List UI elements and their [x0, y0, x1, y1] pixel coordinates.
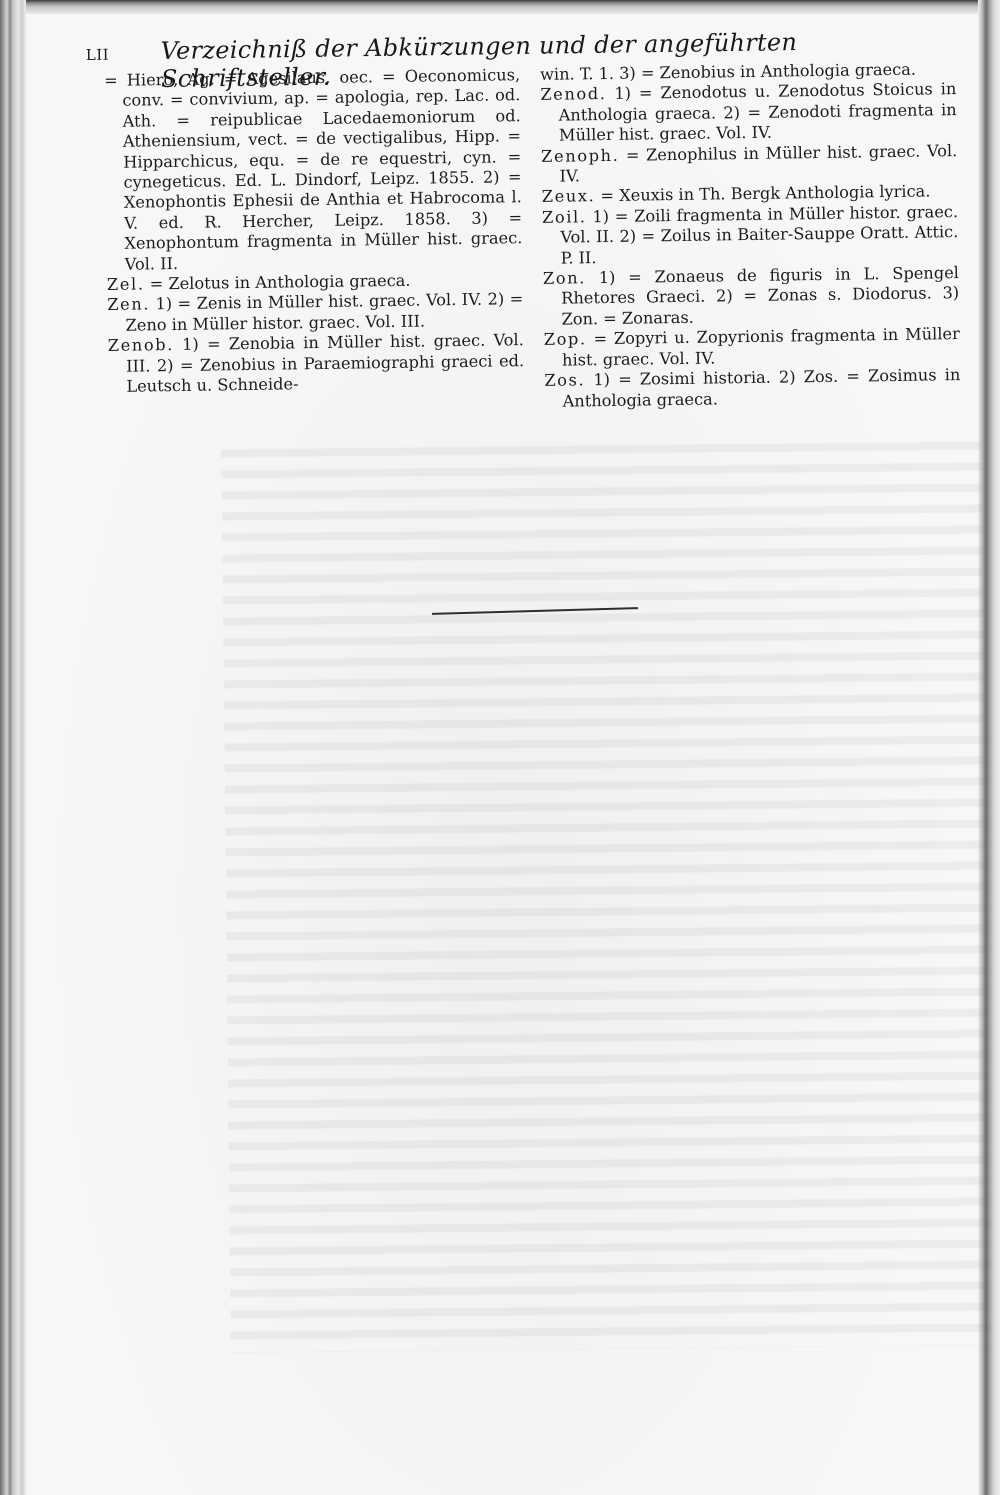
glossary-entry: Zen. 1) = Zenis in Müller hist. graec. V…: [107, 290, 524, 337]
page-number: LII: [86, 45, 161, 64]
glossary-entry: Zon. 1) = Zonaeus de figuris in L. Speng…: [543, 263, 960, 330]
entry-abbreviation: Zos.: [544, 370, 585, 390]
right-column: win. T. 1. 3) = Zenobius in Anthologia g…: [540, 59, 961, 412]
glossary-entry: Zenoph. = Zenophilus in Müller hist. gra…: [541, 141, 958, 188]
entry-definition: 1) = Zosimi historia. 2) Zos. = Zosimus …: [563, 365, 961, 410]
entry-abbreviation: Zen.: [107, 295, 150, 315]
entry-abbreviation: Zenod.: [540, 84, 606, 104]
entry-definition: = Zenophilus in Müller hist. graec. Vol.…: [559, 141, 957, 186]
entry-definition: 1) = Zenodotus u. Zenodotus Stoicus in A…: [559, 80, 957, 145]
entry-abbreviation: Zenoph.: [541, 145, 619, 165]
entry-abbreviation: Zeux.: [542, 187, 596, 207]
entry-definition: 1) = Zenis in Müller hist. graec. Vol. I…: [125, 290, 523, 335]
glossary-entry: Zos. 1) = Zosimi historia. 2) Zos. = Zos…: [544, 365, 961, 412]
entry-abbreviation: Zop.: [544, 330, 587, 350]
entry-abbreviation: Zon.: [543, 268, 586, 288]
entry-abbreviation: Zenob.: [108, 335, 174, 355]
left-column: = Hiero, Ag. = Agesilaus, oec. = Oeconom…: [104, 65, 525, 418]
entry-definition: = Zelotus in Anthologia graeca.: [150, 271, 411, 294]
entry-definition: 1) = Zenobia in Müller hist. graec. Vol.…: [126, 330, 524, 395]
entry-definition: = Xeuxis in Th. Bergk Anthologia lyrica.: [600, 182, 930, 206]
glossary-entry: Zenod. 1) = Zenodotus u. Zenodotus Stoic…: [540, 80, 957, 147]
entry-abbreviation: Zoil.: [542, 207, 587, 227]
entry-definition: 1) = Zoili fragmenta in Müller histor. g…: [560, 202, 958, 267]
entry-abbreviation: Zel.: [107, 275, 145, 295]
reverse-page-showthrough: [221, 435, 990, 1353]
entry-definition: = Zopyri u. Zopyrionis fragmenta in Müll…: [562, 324, 960, 369]
text-columns: = Hiero, Ag. = Agesilaus, oec. = Oeconom…: [104, 59, 961, 418]
glossary-entry: = Hiero, Ag. = Agesilaus, oec. = Oeconom…: [104, 65, 523, 275]
glossary-entry: Zop. = Zopyri u. Zopyrionis fragmenta in…: [544, 324, 961, 371]
entry-definition: 1) = Zonaeus de figuris in L. Spengel Rh…: [561, 263, 959, 328]
book-top-edge: [0, 0, 1000, 14]
glossary-entry: Zoil. 1) = Zoili fragmenta in Müller his…: [542, 202, 959, 269]
book-left-edge: [0, 0, 26, 1495]
glossary-entry: Zenob. 1) = Zenobia in Müller hist. grae…: [108, 330, 525, 397]
entry-definition: = Hiero, Ag. = Agesilaus, oec. = Oeconom…: [104, 65, 523, 273]
